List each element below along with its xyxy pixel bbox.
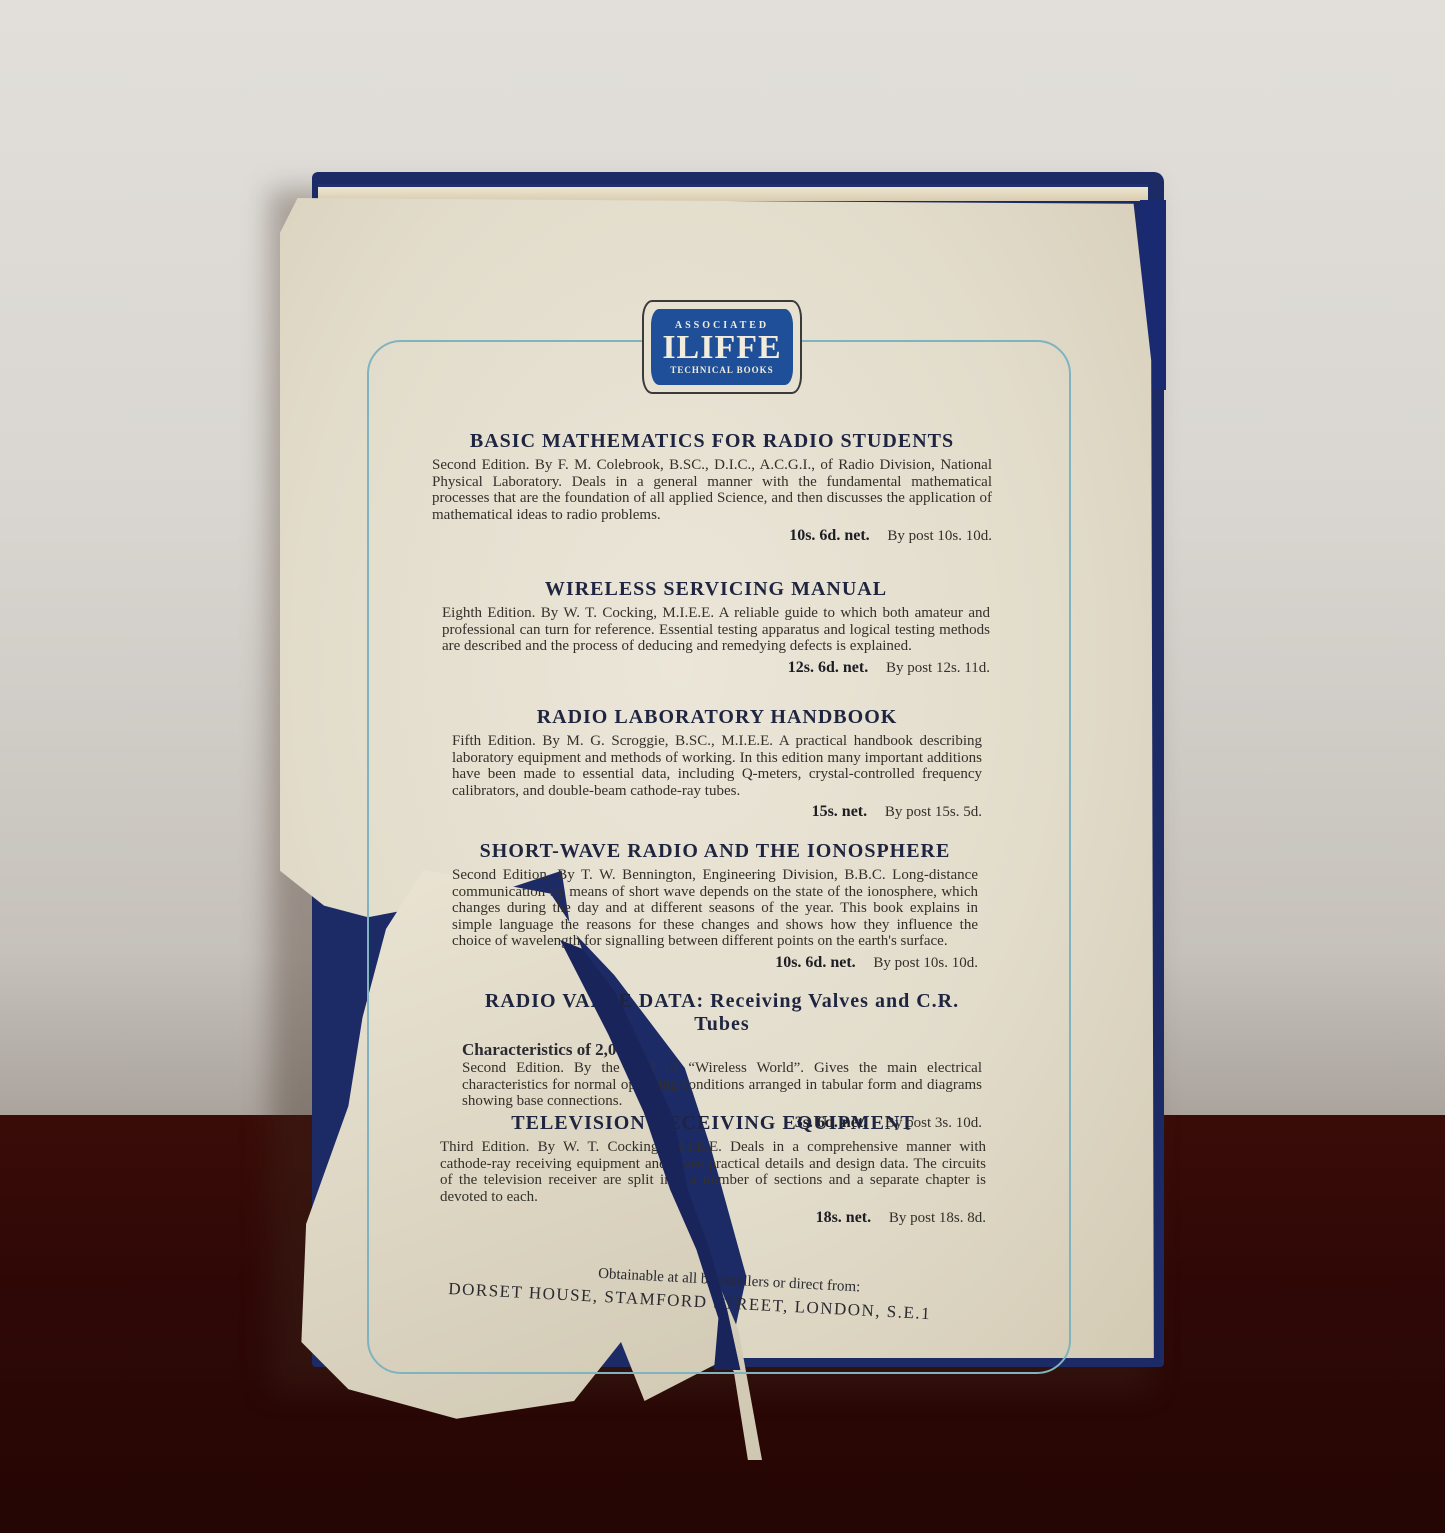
book-title: RADIO VALVE DATA: Receiving Valves and C… bbox=[462, 990, 982, 1036]
book-description: Second Edition. By T. W. Bennington, Eng… bbox=[452, 867, 978, 950]
book-title: TELEVISION RECEIVING EQUIPMENT bbox=[440, 1112, 986, 1135]
book-description: Second Edition. By F. M. Colebrook, B.SC… bbox=[432, 457, 992, 523]
price-line: 10s. 6d. net. By post 10s. 10d. bbox=[432, 527, 992, 545]
book-pages-edge bbox=[318, 184, 1148, 201]
postage-price: By post 15s. 5d. bbox=[885, 804, 982, 820]
book-description: Eighth Edition. By W. T. Cocking, M.I.E.… bbox=[442, 605, 990, 655]
postage-price: By post 18s. 8d. bbox=[889, 1210, 986, 1226]
book-entry: WIRELESS SERVICING MANUAL Eighth Edition… bbox=[442, 578, 990, 677]
book-subtitle: Characteristics of 2,000 bbox=[462, 1040, 982, 1060]
logo-main-text: ILIFFE bbox=[651, 331, 793, 365]
publisher-logo: ASSOCIATED ILIFFE TECHNICAL BOOKS bbox=[642, 300, 802, 394]
book-entry: RADIO LABORATORY HANDBOOK Fifth Edition.… bbox=[452, 706, 982, 821]
book-entry: SHORT-WAVE RADIO AND THE IONOSPHERE Seco… bbox=[452, 840, 978, 972]
book-title: SHORT-WAVE RADIO AND THE IONOSPHERE bbox=[452, 840, 978, 863]
book-title: BASIC MATHEMATICS FOR RADIO STUDENTS bbox=[432, 430, 992, 453]
book-price: 18s. net. bbox=[816, 1209, 872, 1226]
book-description: Second Edition. By the staff of “Wireles… bbox=[462, 1060, 982, 1110]
book-price: 15s. net. bbox=[812, 803, 868, 820]
book-price: 12s. 6d. net. bbox=[788, 659, 868, 676]
postage-price: By post 12s. 11d. bbox=[886, 660, 990, 676]
book-entry: BASIC MATHEMATICS FOR RADIO STUDENTS Sec… bbox=[432, 430, 992, 545]
book-title: RADIO LABORATORY HANDBOOK bbox=[452, 706, 982, 729]
price-line: 12s. 6d. net. By post 12s. 11d. bbox=[442, 659, 990, 677]
postage-price: By post 10s. 10d. bbox=[873, 955, 978, 971]
book-description: Third Edition. By W. T. Cocking, M.I.E.E… bbox=[440, 1139, 986, 1205]
postage-price: By post 10s. 10d. bbox=[887, 528, 992, 544]
book-entry: TELEVISION RECEIVING EQUIPMENT Third Edi… bbox=[440, 1112, 986, 1227]
price-line: 15s. net. By post 15s. 5d. bbox=[452, 803, 982, 821]
book-title: WIRELESS SERVICING MANUAL bbox=[442, 578, 990, 601]
logo-bottom-text: TECHNICAL BOOKS bbox=[651, 365, 793, 375]
book-entry: RADIO VALVE DATA: Receiving Valves and C… bbox=[462, 990, 982, 1132]
book-price: 10s. 6d. net. bbox=[789, 527, 869, 544]
book-price: 10s. 6d. net. bbox=[775, 954, 855, 971]
book-description: Fifth Edition. By M. G. Scroggie, B.SC.,… bbox=[452, 733, 982, 799]
price-line: 18s. net. By post 18s. 8d. bbox=[440, 1209, 986, 1227]
logo-badge: ASSOCIATED ILIFFE TECHNICAL BOOKS bbox=[651, 309, 793, 385]
price-line: 10s. 6d. net. By post 10s. 10d. bbox=[452, 954, 978, 972]
